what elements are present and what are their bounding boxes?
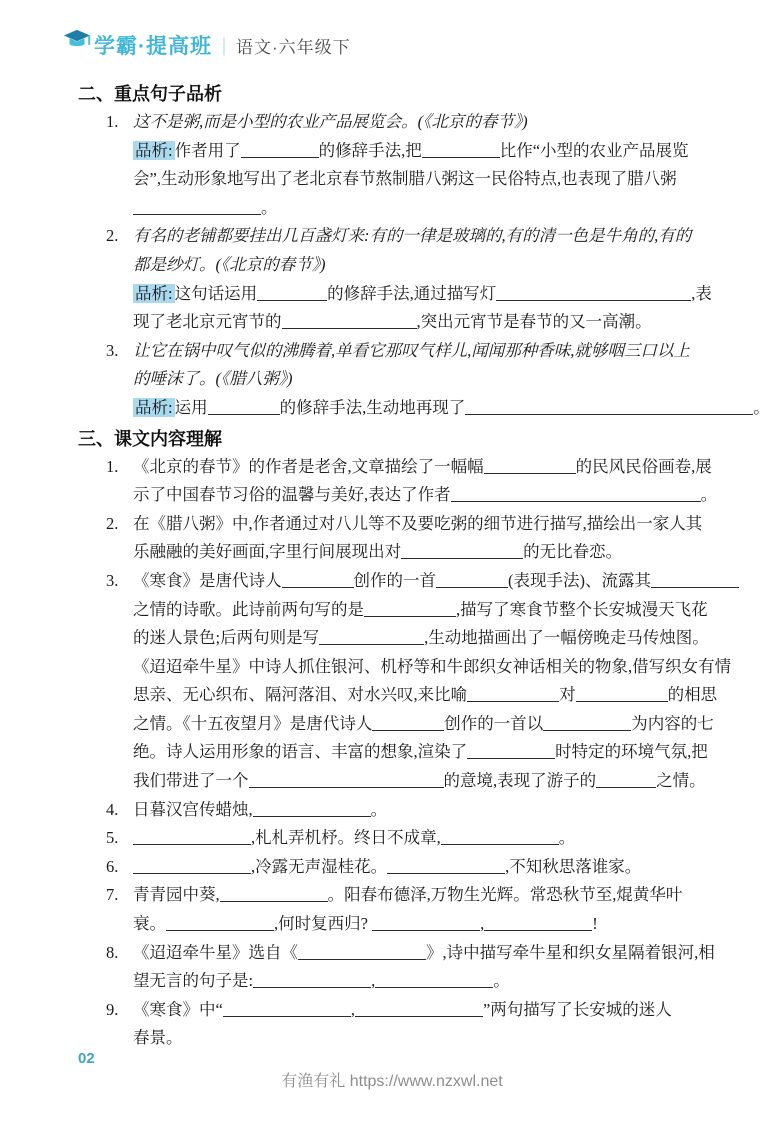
blank-fill-line [651,572,739,588]
text-line: 思亲、无心织布、隔河落泪、对水兴叹,来比喻对的相思 [78,681,726,710]
blank-fill-line [496,285,691,301]
text-line: 品析:运用的修辞手法,生动地再现了。 [78,394,726,423]
blank-fill-line [223,1001,351,1017]
blank-fill-line [364,601,456,617]
page-header: 学霸·提高班 | 语文·六年级下 [62,30,351,60]
footer-site-text: 有渔有礼 https://www.nzxwl.net [0,1068,784,1091]
blank-fill-line [319,629,424,645]
text-line: 2.在《腊八粥》中,作者通过对八儿等不及要吃粥的细节进行描写,描绘出一家人其 [78,510,726,539]
text-run: 都是纱灯。(《北京的春节》) [133,255,326,274]
question-number: 3. [106,567,118,596]
text-run: 比作“小型的农业产品展览 [500,141,689,160]
text-run: 这句话运用 [175,284,258,303]
text-run: 创作的一首 [354,571,437,590]
text-run: 示了中国春节习俗的温馨与美好,表达了作者 [133,485,451,504]
text-run: 《迢迢牵牛星》中诗人抓住银河、机杼等和牛郎织女神话相关的物象,借写织女有情 [133,657,731,676]
text-run: 的意境,表现了游子的 [444,771,597,790]
text-run: ,札札弄机杼。终日不成章, [251,828,441,847]
text-run: 望无言的句子是: [133,971,253,990]
header-divider: | [222,34,226,57]
text-line: 都是纱灯。(《北京的春节》) [78,251,726,280]
text-line: 乐融融的美好画面,字里行间展现出对的无比眷恋。 [78,538,726,567]
workbook-page: 学霸·提高班 | 语文·六年级下 二、重点句子品析1.这不是粥,而是小型的农业产… [0,0,784,1122]
blank-fill-line [298,944,426,960]
blank-fill-line [220,886,328,902]
text-run: 《寒食》是唐代诗人 [133,571,282,590]
text-line: 衰。,何时复西归? ,! [78,910,726,939]
text-run: ,不知秋思落谁家。 [505,857,641,876]
text-run: 运用 [175,398,208,417]
text-line: 。 [78,194,726,223]
text-run: 有名的老铺都要挂出几百盏灯来:有的一律是玻璃的,有的清一色是牛角的,有的 [133,226,691,245]
text-run: 的修辞手法,生动地再现了 [280,398,466,417]
text-run: ”两句描写了长安城的迷人 [483,1000,672,1019]
text-line: 望无言的句子是:,。 [78,967,726,996]
text-line: 的迷人景色;后两句则是写,生动地描画出了一幅傍晚走马传烛图。 [78,624,726,653]
text-run: ,描写了寒食节整个长安城漫天飞花 [456,600,708,619]
content: 二、重点句子品析1.这不是粥,而是小型的农业产品展览会。(《北京的春节》)品析:… [78,78,726,1053]
text-run: ,表 [691,284,712,303]
text-run: 的修辞手法,通过描写灯 [327,284,496,303]
blank-fill-line [467,686,559,702]
blank-fill-line [422,142,500,158]
text-line: 3.让它在锅中叹气似的沸腾着,单看它那叹气样儿,闻闻那种香味,就够咽三口以上 [78,337,726,366]
blank-fill-line [543,715,631,731]
text-run: 会”,生动形象地写出了老北京春节熬制腊八粥这一民俗特点,也表现了腊八粥 [133,169,677,188]
text-run: 的修辞手法,把 [319,141,422,160]
blank-fill-line [375,972,493,988]
question-number: 1. [106,453,118,482]
graduation-cap-icon [62,27,92,57]
text-run: ,突出元宵节是春节的又一高潮。 [417,312,652,331]
analysis-label: 品析: [133,141,175,160]
text-line: 3.《寒食》是唐代诗人创作的一首(表现手法)、流露其 [78,567,726,596]
text-line: 品析:这句话运用的修辞手法,通过描写灯,表 [78,280,726,309]
blank-fill-line [484,458,576,474]
text-line: 的唾沫了。(《腊八粥》) [78,365,726,394]
question-number: 4. [106,796,118,825]
blank-fill-line [355,1001,483,1017]
text-run: 。 [261,198,278,217]
blank-fill-line [467,743,555,759]
text-run: 绝。诗人运用形象的语言、丰富的想象,渲染了 [133,742,467,761]
blank-fill-line [282,572,354,588]
text-run: 《寒食》中“ [133,1000,223,1019]
blank-fill-line [257,285,327,301]
text-run: 的相思 [668,685,718,704]
text-line: 示了中国春节习俗的温馨与美好,表达了作者。 [78,481,726,510]
text-run: 日暮汉宫传蜡烛, [133,800,253,819]
text-run: 。 [493,971,510,990]
text-run: 青青园中葵, [133,885,220,904]
text-run: 春景。 [133,1028,183,1047]
blank-fill-line [436,572,508,588]
blank-fill-line [253,801,371,817]
blank-fill-line [484,915,592,931]
question-number: 9. [106,996,118,1025]
text-run: 为内容的七 [631,714,714,733]
question-number: 7. [106,881,118,910]
text-run: ,冷露无声湿桂花。 [251,857,387,876]
analysis-label: 品析: [133,284,175,303]
blank-fill-line [241,142,319,158]
blank-fill-line [133,199,261,215]
page-number: 02 [78,1050,95,1067]
text-line: 1.《北京的春节》的作者是老舍,文章描绘了一幅幅的民风民俗画卷,展 [78,453,726,482]
question-number: 5. [106,824,118,853]
text-line: 品析:作者用了的修辞手法,把比作“小型的农业产品展览 [78,137,726,166]
question-number: 8. [106,939,118,968]
section-title: 三、课文内容理解 [78,425,726,453]
text-run: (表现手法)、流露其 [508,571,651,590]
blank-fill-line [596,772,656,788]
text-run: 现了老北京元宵节的 [133,312,282,331]
text-run: 的唾沫了。(《腊八粥》) [133,369,293,388]
text-run: 》,诗中描写牵牛星和织女星隔着银河,相 [426,943,715,962]
text-run: 。阳春布德泽,万物生光辉。常恐秋节至,焜黄华叶 [328,885,683,904]
text-line: 2.有名的老铺都要挂出几百盏灯来:有的一律是玻璃的,有的清一色是牛角的,有的 [78,222,726,251]
text-run: 让它在锅中叹气似的沸腾着,单看它那叹气样儿,闻闻那种香味,就够咽三口以上 [133,341,690,360]
blank-fill-line [451,486,701,502]
text-run: 。 [701,485,718,504]
blank-fill-line [253,972,371,988]
text-line: 春景。 [78,1024,726,1053]
text-run: 思亲、无心织布、隔河落泪、对水兴叹,来比喻 [133,685,467,704]
text-line: 《迢迢牵牛星》中诗人抓住银河、机杼等和牛郎织女神话相关的物象,借写织女有情 [78,653,726,682]
question-number: 2. [106,222,118,251]
text-run: 我们带进了一个 [133,771,249,790]
text-line: 6.,冷露无声湿桂花。,不知秋思落谁家。 [78,853,726,882]
text-run: 。 [753,398,770,417]
blank-fill-line [208,399,280,415]
blank-fill-line [465,399,753,415]
text-run: 之情的诗歌。此诗前两句写的是 [133,600,364,619]
text-run: 作者用了 [175,141,241,160]
text-line: 之情的诗歌。此诗前两句写的是,描写了寒食节整个长安城漫天飞花 [78,596,726,625]
text-run: 的无比眷恋。 [523,542,622,561]
blank-fill-line [166,915,274,931]
question-number: 2. [106,510,118,539]
text-run: 对 [559,685,576,704]
text-line: 5.,札札弄机杼。终日不成章,。 [78,824,726,853]
question-number: 3. [106,337,118,366]
text-line: 4.日暮汉宫传蜡烛,。 [78,796,726,825]
text-run: 之情。 [656,771,706,790]
text-run: 的迷人景色;后两句则是写 [133,628,319,647]
text-line: 8.《迢迢牵牛星》选自《》,诗中描写牵牛星和织女星隔着银河,相 [78,939,726,968]
blank-fill-line [441,829,559,845]
text-line: 9.《寒食》中“,”两句描写了长安城的迷人 [78,996,726,1025]
question-number: 1. [106,108,118,137]
section-title: 二、重点句子品析 [78,80,726,108]
text-run: 。 [371,800,388,819]
text-run: ,生动地描画出了一幅傍晚走马传烛图。 [424,628,709,647]
text-run: 。 [559,828,576,847]
text-line: 绝。诗人运用形象的语言、丰富的想象,渲染了时特定的环境气氛,把 [78,738,726,767]
text-run: 时特定的环境气氛,把 [555,742,708,761]
text-line: 1.这不是粥,而是小型的农业产品展览会。(《北京的春节》) [78,108,726,137]
course-label: 语文·六年级下 [236,33,351,58]
text-run: 衰。 [133,914,166,933]
blank-fill-line [249,772,444,788]
text-run: 《迢迢牵牛星》选自《 [133,943,298,962]
text-line: 现了老北京元宵节的,突出元宵节是春节的又一高潮。 [78,308,726,337]
blank-fill-line [282,313,417,329]
blank-fill-line [372,915,480,931]
text-run: ! [592,914,598,933]
question-number: 6. [106,853,118,882]
text-run: 创作的一首以 [444,714,543,733]
text-run: ,何时复西归? [274,914,372,933]
blank-fill-line [133,858,251,874]
text-run: 《北京的春节》的作者是老舍,文章描绘了一幅幅 [133,457,484,476]
text-run: 的民风民俗画卷,展 [576,457,712,476]
brand-logo-text: 学霸·提高班 [94,30,212,60]
blank-fill-line [133,829,251,845]
analysis-label: 品析: [133,398,175,417]
blank-fill-line [576,686,668,702]
text-line: 会”,生动形象地写出了老北京春节熬制腊八粥这一民俗特点,也表现了腊八粥 [78,165,726,194]
text-run: 乐融融的美好画面,字里行间展现出对 [133,542,401,561]
text-line: 之情。《十五夜望月》是唐代诗人创作的一首以为内容的七 [78,710,726,739]
text-line: 我们带进了一个的意境,表现了游子的之情。 [78,767,726,796]
blank-fill-line [401,543,523,559]
text-run: 这不是粥,而是小型的农业产品展览会。(《北京的春节》) [133,112,528,131]
text-run: 在《腊八粥》中,作者通过对八儿等不及要吃粥的细节进行描写,描绘出一家人其 [133,514,702,533]
text-run: 之情。《十五夜望月》是唐代诗人 [133,714,372,733]
text-line: 7.青青园中葵,。阳春布德泽,万物生光辉。常恐秋节至,焜黄华叶 [78,881,726,910]
blank-fill-line [387,858,505,874]
blank-fill-line [372,715,444,731]
